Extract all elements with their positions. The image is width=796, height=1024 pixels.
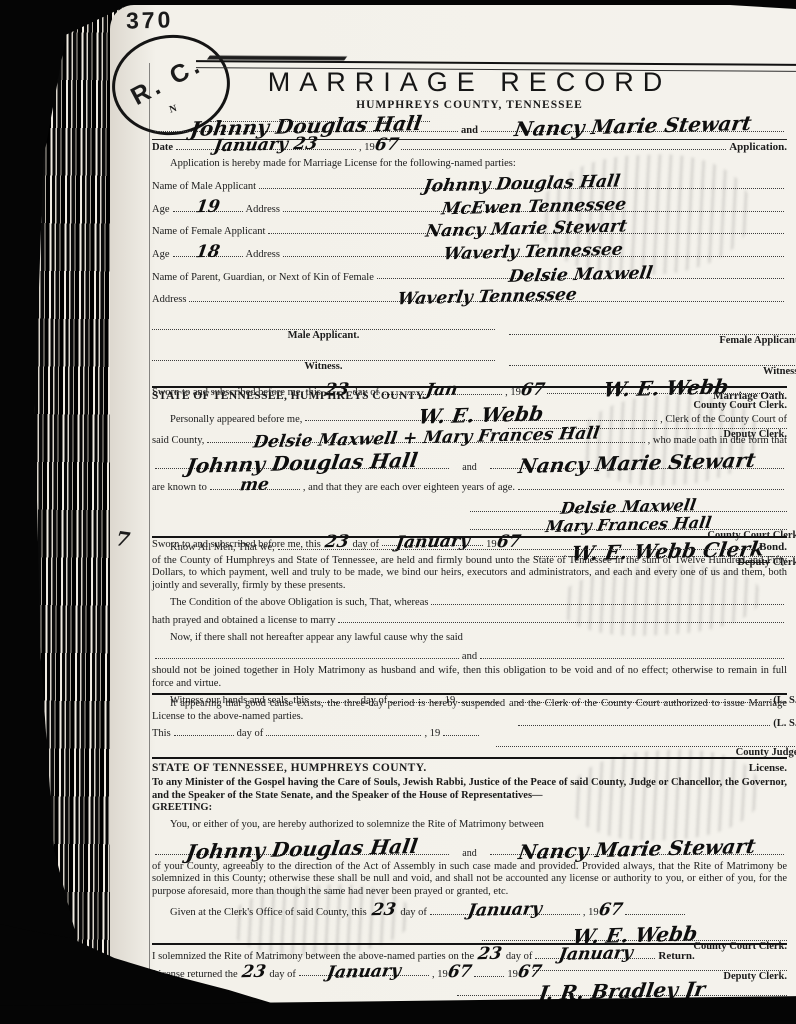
oath-state-heading: STATE OF TENNESSEE, HUMPHREYS COUNTY. [152,390,427,404]
kin-label: Name of Parent, Guardian, or Next of Kin… [152,272,374,285]
given-year-handwritten: 67 [598,904,624,917]
oath-witness2-signature: Mary Frances Hall [544,516,712,532]
license-authorize-line: You, or either of you, are hereby author… [152,819,787,832]
return-ret-month-handwritten: January [326,965,402,980]
male-age-address-row: Age 19 Address McEwen Tennessee [152,201,787,217]
female-age-address-row: Age 18 Address Waverly Tennessee [152,246,787,262]
oath-names-row: Johnny Douglas Hall and Nancy Marie Stew… [152,456,787,473]
kin-name-row: Name of Parent, Guardian, or Next of Kin… [152,269,787,285]
year-printed: , 19 [432,969,448,982]
suspension-date-row: This day of , 19 [152,728,482,760]
license-names-row: Johnny Douglas Hall and Nancy Marie Stew… [152,842,787,859]
license-to-text: To any Minister of the Gospel having the… [152,777,787,801]
license-greeting: GREETING: [152,802,787,815]
license-groom-handwritten: Johnny Douglas Hall [185,839,418,860]
year-handwritten: 67 [374,139,400,152]
oath-heading-row: STATE OF TENNESSEE, HUMPHREYS COUNTY. Ma… [152,390,787,404]
return-ret-year-handwritten: 67 [447,965,473,978]
license-heading-row: STATE OF TENNESSEE, HUMPHREYS COUNTY. Li… [152,762,787,776]
bond-know-row: Know All Men, That we, Bond. [152,541,787,555]
margin-mark: 7 [114,526,131,552]
and-label: and [462,651,477,664]
and-label: and [452,462,486,473]
license-clerk-signature-handwritten: W. E. Webb [571,926,698,944]
oath-line2-suffix: , who made oath in due form that [648,435,787,448]
license-section-label: License. [749,762,787,774]
page-number: 370 [126,6,174,34]
age-label: Age [152,204,170,217]
female-address-handwritten: Waverly Tennessee [443,244,624,261]
applicant-signature-block: Male Applicant. Witness. Female Applican… [152,317,787,379]
application-intro: Application is hereby made for Marriage … [152,158,787,171]
address-label: Address [246,249,280,262]
oath-line2-prefix: said County, [152,435,204,448]
suspension-section: It appearing that good cause exists, the… [152,693,787,759]
given-prefix: Given at the Clerk's Office of said Coun… [152,907,367,920]
date-label: Date [152,142,173,155]
male-age-handwritten: 19 [195,200,221,213]
oath-line2: said County, Delsie Maxwell + Mary Franc… [152,432,787,448]
given-day-handwritten: 23 [371,904,397,917]
witness-label: Witness. [152,361,495,374]
judge-signature-line: J. R. Bradley Jr [457,983,787,996]
male-address-handwritten: McEwen Tennessee [440,198,626,216]
oath-bride-handwritten: Nancy Marie Stewart [517,453,756,474]
return-day-handwritten: 23 [477,948,503,961]
oath-line4-prefix: are known to [152,482,207,495]
female-age-handwritten: 18 [195,246,221,259]
kin-name-handwritten: Delsie Maxwell [508,267,654,283]
witness-signature-line [509,353,796,366]
bond-section-label: Bond. [759,541,787,553]
left-signature-column: Male Applicant. Witness. [152,317,495,379]
document-page: 370 R. C. N 7 MARRIAGE RECORD HUMPHREYS … [110,5,796,1011]
and-label: and [452,848,486,859]
female-applicant-label: Female Applicant. [509,335,796,348]
right-signature-column: Female Applicant. Witness. [509,317,796,379]
and-label: and [461,125,478,138]
female-applicant-signature-line [509,322,796,335]
return-ret-day-handwritten: 23 [241,965,267,978]
address-label: Address [246,204,280,217]
header-block: MARRIAGE RECORD HUMPHREYS COUNTY, TENNES… [152,67,787,140]
solemnized-prefix: I solemnized the Rite of Matrimony betwe… [152,951,474,964]
male-name-label: Name of Male Applicant [152,181,256,194]
year-printed: , 19 [359,142,375,155]
kin-address-row: Address Waverly Tennessee [152,291,787,307]
female-name-row: Name of Female Applicant Nancy Marie Ste… [152,223,787,239]
county-judge-block: County Judge. [496,728,796,760]
oath-witnesses-handwritten: Delsie Maxwell + Mary Frances Hall [252,428,600,450]
oath-groom-handwritten: Johnny Douglas Hall [185,453,418,474]
male-applicant-signature-line [152,317,495,330]
kin-address-handwritten: Waverly Tennessee [396,289,577,306]
oath-line1-prefix: Personally appeared before me, [152,414,302,427]
bride-name-handwritten: Nancy Marie Stewart [513,116,752,137]
return-year-handwritten: 67 [517,965,543,978]
license-bride-handwritten: Nancy Marie Stewart [517,838,756,859]
bond-and-row: and [152,651,787,664]
document-title: MARRIAGE RECORD [152,67,787,98]
license-state-heading: STATE OF TENNESSEE, HUMPHREYS COUNTY. [152,762,427,776]
return-month-handwritten: January [557,947,633,962]
suspension-date-block: This day of , 19 County Judge. [152,728,787,760]
male-name-row: Name of Male Applicant Johnny Douglas Ha… [152,178,787,194]
kin-address-label: Address [152,294,186,307]
male-name-handwritten: Johnny Douglas Hall [422,176,620,194]
bond-joined-paragraph: should not be joined together in Holy Ma… [152,665,787,691]
female-name-handwritten: Nancy Marie Stewart [425,221,628,239]
age-label: Age [152,249,170,262]
bond-hath-prefix: hath prayed and obtained a license to ma… [152,615,335,628]
female-name-label: Name of Female Applicant [152,226,265,239]
day-of-label: day of [237,728,264,741]
return-section-label: Return. [658,950,694,962]
given-month-handwritten: January [467,903,543,918]
oath-line1-suffix: , Clerk of the County Court of [660,414,787,427]
bond-condition-prefix: The Condition of the above Obligation is… [152,597,428,610]
license-to-paragraph: To any Minister of the Gospel having the… [152,777,787,803]
bond-now-line: Now, if there shall not hereafter appear… [152,632,787,645]
oath-section-label: Marriage Oath. [713,390,787,402]
oath-witness2-line: Mary Frances Hall [470,517,788,530]
date-row: Date January 23 , 19 67 Application. [152,139,787,155]
application-section-label: Application. [729,141,787,153]
oath-witness1-line: Delsie Maxwell [470,499,788,512]
oath-line4: are known to me , and that they are each… [152,479,787,495]
license-clerk-signature-line: W. E. Webb [482,928,787,941]
oath-known-to-handwritten: me [239,479,270,492]
day-of-label: day of [269,969,296,982]
day-of-label: day of [400,907,427,920]
this-label: This [152,728,171,741]
date-handwritten: January 23 [213,138,319,153]
bond-hath-row: hath prayed and obtained a license to ma… [152,615,787,628]
year-printed: , 19 [424,728,440,741]
county-judge-signature-line [496,734,796,747]
oath-witness1-signature: Delsie Maxwell [560,499,697,515]
male-applicant-label: Male Applicant. [152,330,495,343]
oath-line4-suffix: , and that they are each over eighteen y… [303,482,515,495]
witness-signature-line [152,348,495,361]
oath-clerk-signature: W. E. Webb [418,406,545,424]
suspension-paragraph: It appearing that good cause exists, the… [152,698,787,724]
document-subtitle: HUMPHREYS COUNTY, TENNESSEE [152,99,787,111]
bond-paragraph: of the County of Humphreys and State of … [152,555,787,593]
year-printed: , 19 [583,907,599,920]
bond-condition-row: The Condition of the above Obligation is… [152,597,787,610]
oath-line1: Personally appeared before me, W. E. Web… [152,408,787,427]
scanned-marriage-record: { "scan": { "page_number": "370", "stamp… [0,0,796,1024]
bond-know-prefix: Know All Men, That we, [152,542,275,555]
license-proviso-paragraph: of your County, agreeably to the directi… [152,861,787,899]
left-margin-rule [149,63,150,1005]
license-given-row: Given at the Clerk's Office of said Coun… [152,904,787,920]
